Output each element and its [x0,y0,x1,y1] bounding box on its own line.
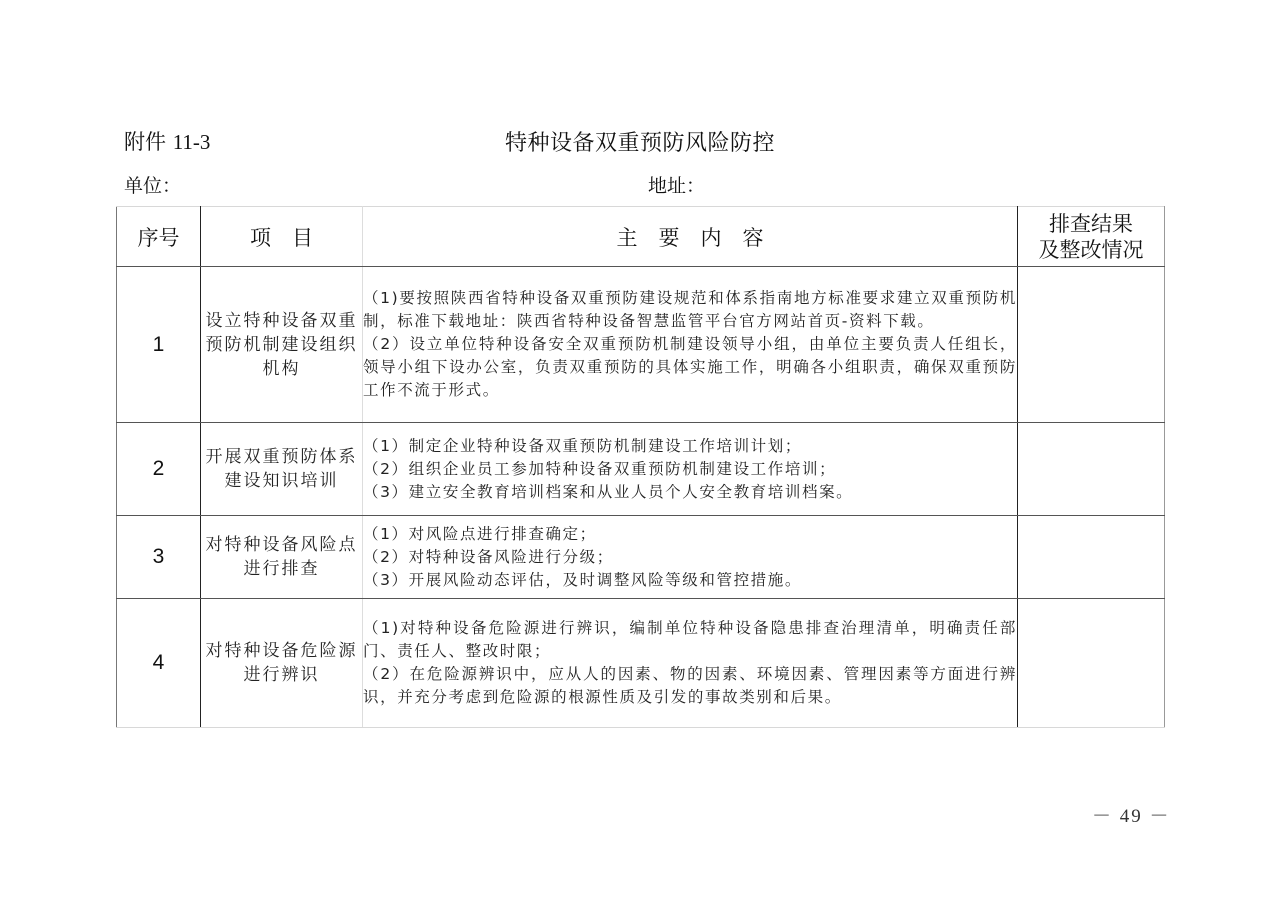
header-no-label: 序号 [138,226,180,250]
header-result-line1: 排查结果 [1018,211,1164,237]
row-number: 3 [117,516,201,599]
row-item: 对特种设备风险点进行排查 [201,516,363,599]
row-item: 设立特种设备双重预防机制建设组织机构 [201,267,363,423]
attachment-number: 11-3 [173,130,211,154]
header-content-label: 主 要 内 容 [617,226,764,250]
address-label: 地址： [648,171,705,198]
content-paragraph: （2）对特种设备风险进行分级； [363,546,1017,569]
row-item: 开展双重预防体系建设知识培训 [201,423,363,516]
row-number: 4 [117,599,201,728]
row-result-cell [1018,267,1165,423]
row-item: 对特种设备危险源进行辨识 [201,599,363,728]
header-no: 序号 [117,207,201,267]
row-content: （1）对风险点进行排查确定； （2）对特种设备风险进行分级； （3）开展风险动态… [363,516,1018,599]
header-content: 主 要 内 容 [363,207,1018,267]
attachment-prefix: 附件 [124,130,173,154]
content-paragraph: （2）组织企业员工参加特种设备双重预防机制建设工作培训； [363,458,1017,481]
document-title: 特种设备双重预防风险防控 [505,126,775,157]
table-row: 2 开展双重预防体系建设知识培训 （1）制定企业特种设备双重预防机制建设工作培训… [117,423,1165,516]
content-paragraph: （1）对风险点进行排查确定； [363,523,1017,546]
content-paragraph: （3）开展风险动态评估，及时调整风险等级和管控措施。 [363,569,1017,592]
content-paragraph: （1）制定企业特种设备双重预防机制建设工作培训计划； [363,435,1017,458]
table-row: 4 对特种设备危险源进行辨识 （1)对特种设备危险源进行辨识，编制单位特种设备隐… [117,599,1165,728]
row-result-cell [1018,599,1165,728]
row-result-cell [1018,423,1165,516]
header-item: 项 目 [201,207,363,267]
row-number: 1 [117,267,201,423]
content-paragraph: （2）在危险源辨识中，应从人的因素、物的因素、环境因素、管理因素等方面进行辨识，… [363,663,1017,709]
attachment-label: 附件 11-3 [124,126,210,156]
table-header-row: 序号 项 目 主 要 内 容 排查结果及整改情况 [117,207,1165,267]
risk-control-checklist-table: 序号 项 目 主 要 内 容 排查结果及整改情况 1 设立特种设备双重预防机制建… [116,206,1165,728]
row-result-cell [1018,516,1165,599]
content-paragraph: （1)对特种设备危险源进行辨识，编制单位特种设备隐患排查治理清单，明确责任部门、… [363,617,1017,663]
row-content: （1）制定企业特种设备双重预防机制建设工作培训计划； （2）组织企业员工参加特种… [363,423,1018,516]
row-number: 2 [117,423,201,516]
header-item-label: 项 目 [250,226,313,250]
row-content: （1)对特种设备危险源进行辨识，编制单位特种设备隐患排查治理清单，明确责任部门、… [363,599,1018,728]
content-paragraph: （2）设立单位特种设备安全双重预防机制建设领导小组，由单位主要负责人任组长，领导… [363,333,1017,402]
page-number: － 49 － [1092,801,1171,828]
table-row: 1 设立特种设备双重预防机制建设组织机构 （1)要按照陕西省特种设备双重预防建设… [117,267,1165,423]
unit-label: 单位： [124,171,181,198]
row-content: （1)要按照陕西省特种设备双重预防建设规范和体系指南地方标准要求建立双重预防机制… [363,267,1018,423]
table-row: 3 对特种设备风险点进行排查 （1）对风险点进行排查确定； （2）对特种设备风险… [117,516,1165,599]
header-result-line2: 及整改情况 [1018,237,1164,263]
content-paragraph: （1)要按照陕西省特种设备双重预防建设规范和体系指南地方标准要求建立双重预防机制… [363,287,1017,333]
content-paragraph: （3）建立安全教育培训档案和从业人员个人安全教育培训档案。 [363,481,1017,504]
header-result: 排查结果及整改情况 [1018,207,1165,267]
